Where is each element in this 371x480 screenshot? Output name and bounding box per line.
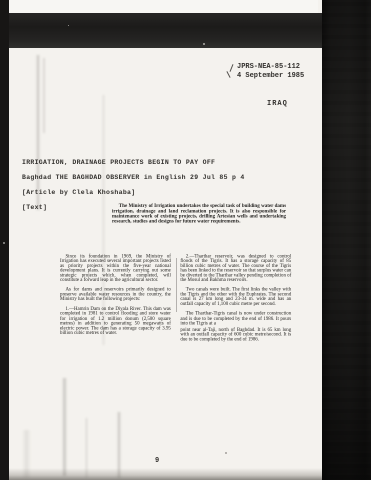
book-spine-shadow [322,0,371,480]
scan-top-black-band [8,13,326,48]
article-text-label: [Text] [22,204,47,211]
scanned-document-page: JPRS-NEA-85-1124 September 1985 IRAQ IRR… [0,0,371,480]
country-label: IRAQ [267,100,288,108]
article-byline: [Article by Clela Khoshaba] [22,189,135,196]
news-column-right: 2.—Tharthar reservoir, was designed to c… [180,254,291,346]
news-paragraph: 1.—Hamrin Dam on the Diyala River. This … [60,307,171,336]
pen-mark [228,64,236,78]
article-headline: IRRIGATION, DRAINAGE PROJECTS BEGIN TO P… [22,159,215,166]
article-columns: Since its foundation in 1969, the Minist… [60,254,292,449]
scan-streak [43,58,45,133]
news-column-left: Since its foundation in 1969, the Minist… [60,254,171,346]
dust-speck [225,452,227,454]
news-paragraph: The Tharthar-Tigris canal is now under c… [180,311,291,325]
report-date: 4 September 1985 [237,72,304,80]
scan-streak [36,55,40,210]
dust-speck [68,25,69,26]
news-paragraph: As for dams and reservoirs primarily des… [60,288,171,302]
news-paragraph: Two canals were built. The first links t… [180,288,291,307]
report-header: JPRS-NEA-85-1124 September 1985 [237,63,304,81]
article-intro-paragraph: The Ministry of Irrigation undertakes th… [112,203,286,224]
page-bottom-shadow [9,468,322,480]
page-number: 9 [155,457,159,465]
news-paragraph: Since its foundation in 1969, the Minist… [60,254,171,283]
report-number: JPRS-NEA-85-112 [237,63,300,71]
news-paragraph: 2.—Tharthar reservoir, was designed to c… [180,254,291,283]
article-intro-block: The Ministry of Irrigation undertakes th… [112,203,287,247]
dust-speck [203,43,205,45]
news-paragraph: point near al-Taji, north of Baghdad. It… [180,327,291,341]
page-top-edge [9,0,318,13]
article-source-line: Baghdad THE BAGHDAD OBSERVER in English … [22,174,245,181]
dust-speck [3,242,5,244]
scan-left-black-edge [0,0,9,480]
